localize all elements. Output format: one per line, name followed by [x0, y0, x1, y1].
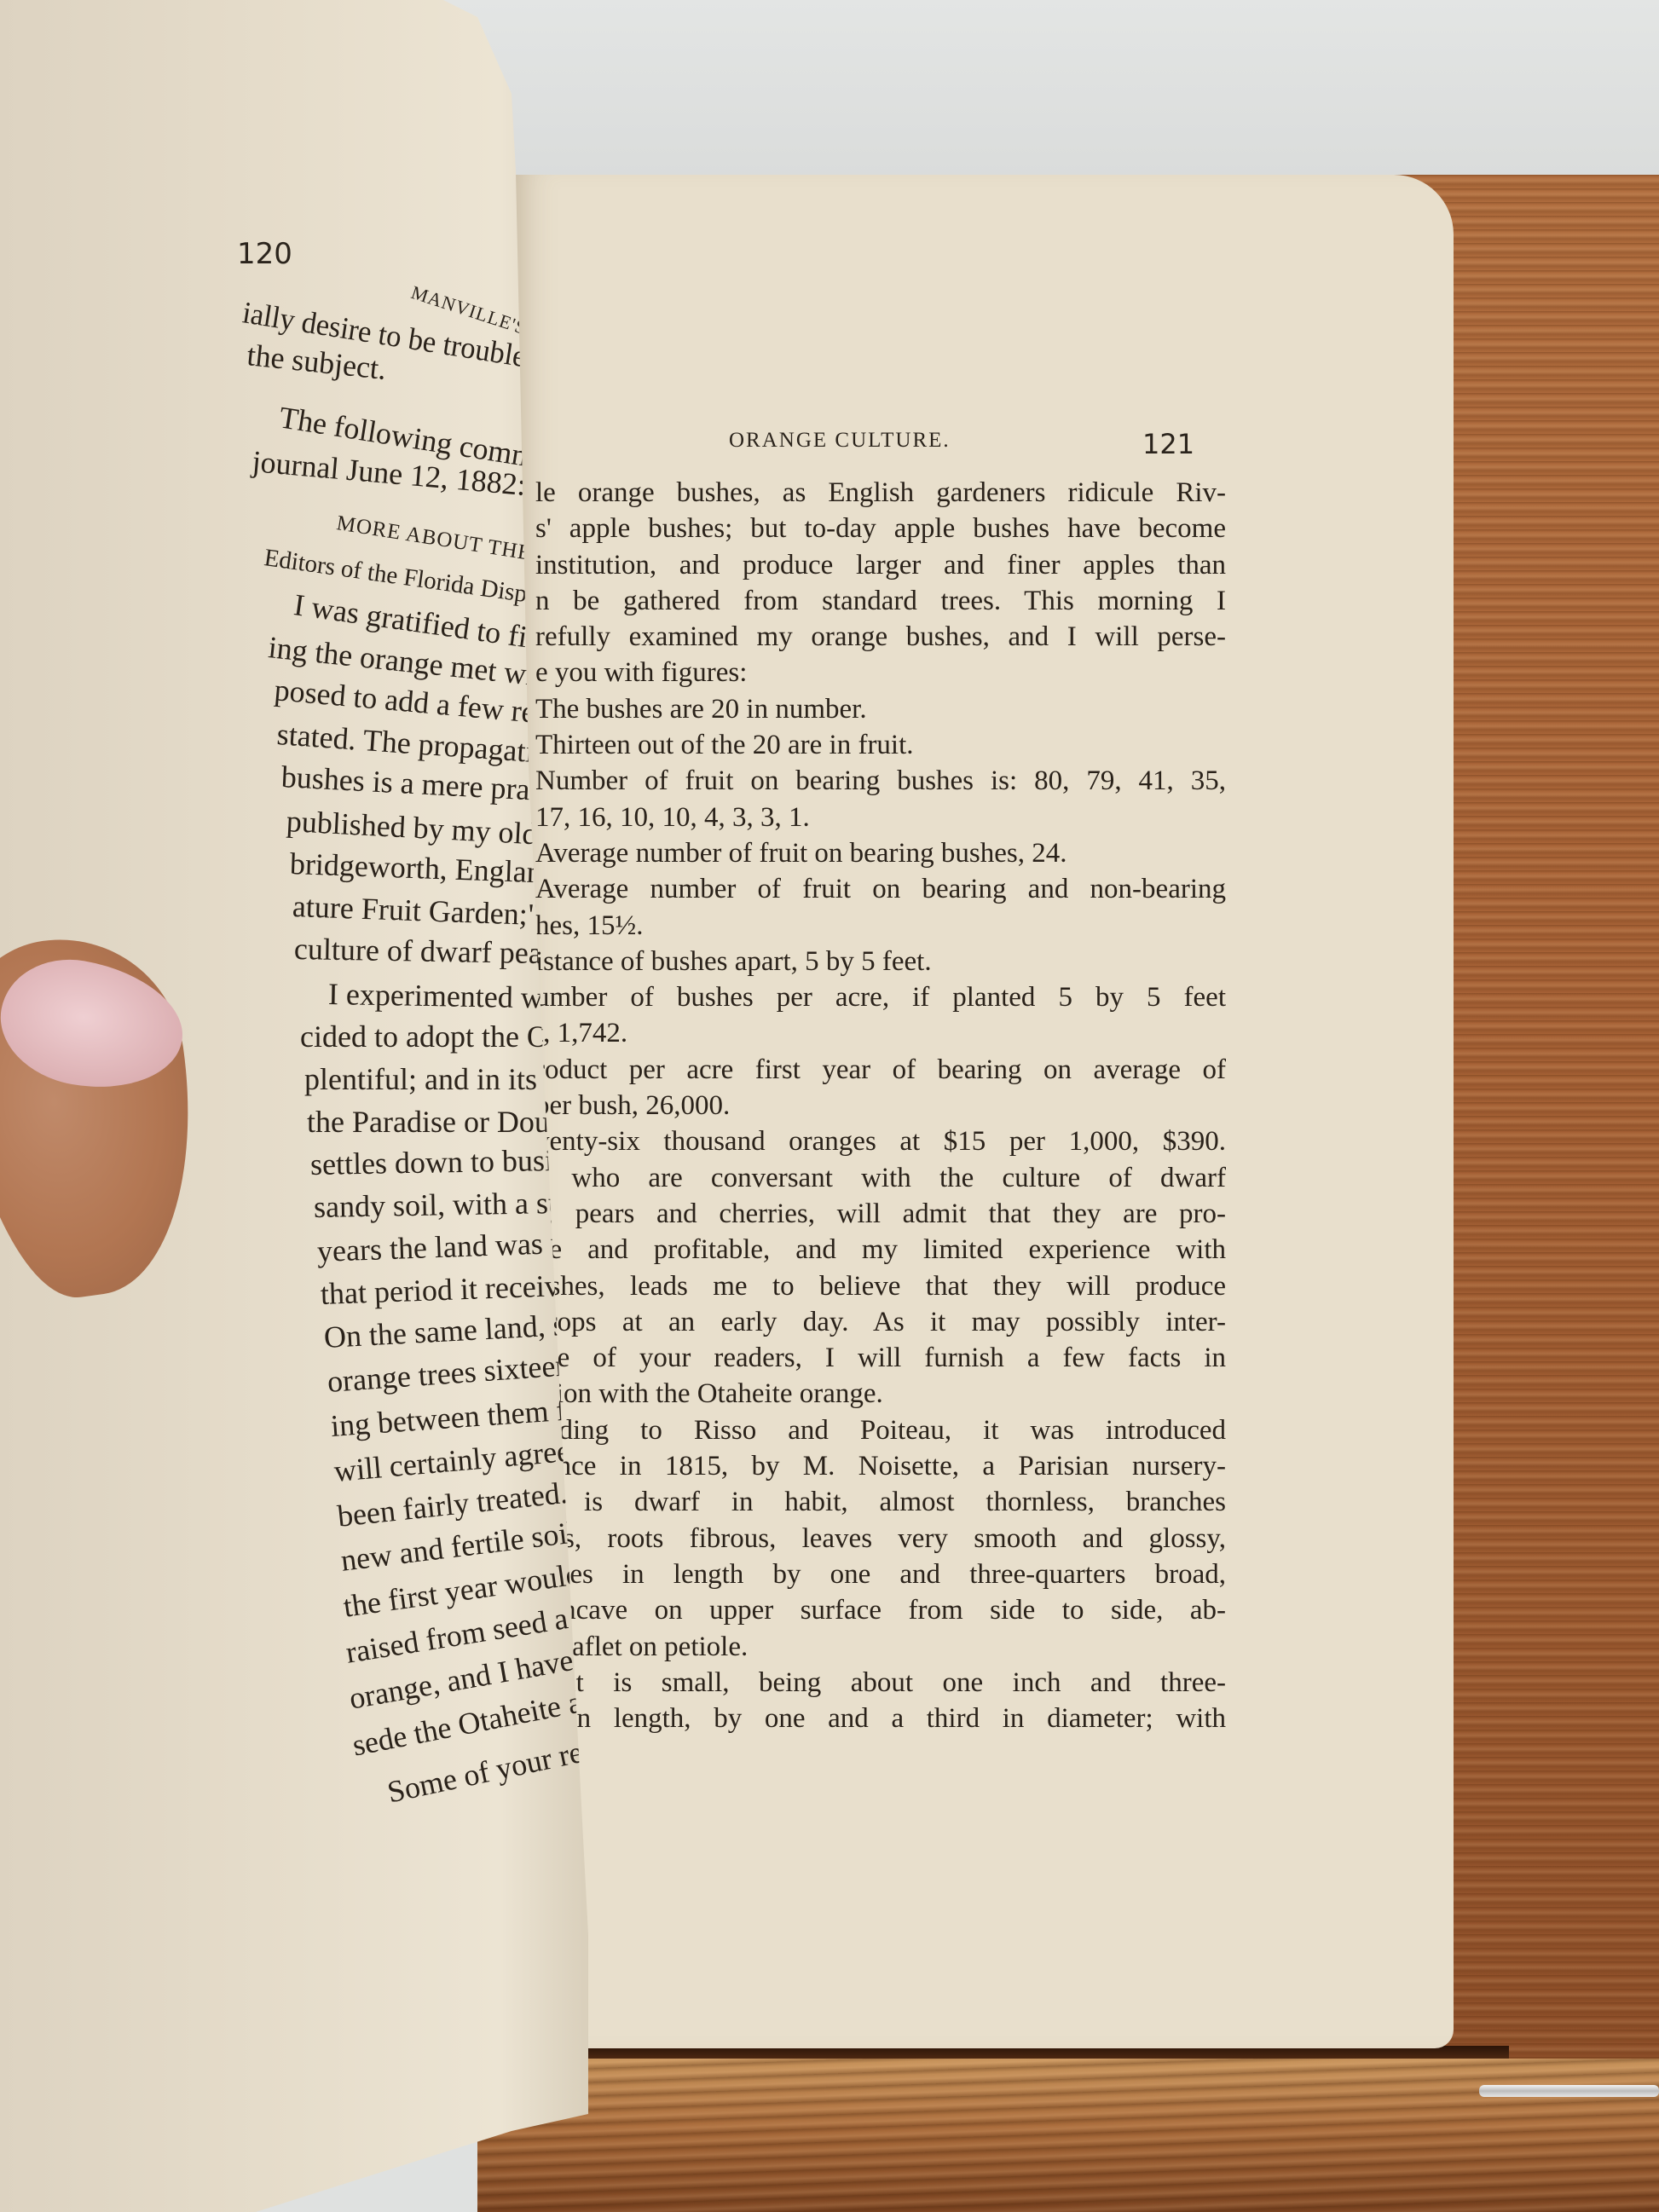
text-line: e you with figures: — [535, 655, 1226, 690]
right-page: ORANGE CULTURE. 121 le orange bushes, as… — [512, 175, 1454, 2048]
text-line: l who are conversant with the culture of… — [535, 1160, 1226, 1196]
text-line: istance of bushes apart, 5 by 5 feet. — [535, 944, 1226, 979]
text-line: refully examined my orange bushes, and I… — [535, 619, 1226, 655]
text-line: roduct per acre first year of bearing on… — [535, 1052, 1226, 1088]
text-line: Number of fruit on bearing bushes is: 80… — [535, 763, 1226, 799]
text-line: n be gathered from standard trees. This … — [535, 583, 1226, 619]
text-line: t, 1,742. — [535, 1015, 1226, 1051]
text-line: le orange bushes, as English gardeners r… — [535, 475, 1226, 511]
page-number: 120 — [237, 237, 292, 271]
text-line: crops at an early day. As it may possibl… — [535, 1304, 1226, 1340]
page-body: le orange bushes, as English gardeners r… — [535, 475, 1226, 1736]
text-line: ous, roots fibrous, leaves very smooth a… — [535, 1521, 1226, 1556]
text-line: Average number of fruit on bearing and n… — [535, 871, 1226, 907]
text-line: institution, and produce larger and fine… — [535, 547, 1226, 583]
running-title: ORANGE CULTURE. — [729, 429, 951, 453]
text-line: ction with the Otaheite orange. — [535, 1376, 1226, 1412]
text-line: It is dwarf in habit, almost thornless, … — [535, 1484, 1226, 1520]
text-line: venty-six thousand oranges at $15 per 1,… — [535, 1123, 1226, 1159]
text-line: s' apple bushes; but to-day apple bushes… — [535, 511, 1226, 546]
text-line: s in length, by one and a third in diame… — [535, 1701, 1226, 1736]
text-line: iches in length by one and three-quarter… — [535, 1556, 1226, 1592]
text-line: fruit is small, being about one inch and… — [535, 1665, 1226, 1701]
text-line: Thirteen out of the 20 are in fruit. — [535, 727, 1226, 763]
text-line: f leaflet on petiole. — [535, 1629, 1226, 1665]
text-line: s, pears and cherries, will admit that t… — [535, 1196, 1226, 1232]
metal-hinge — [1479, 2085, 1659, 2097]
wooden-box-front — [477, 2059, 1659, 2212]
text-line: Average number of fruit on bearing bushe… — [535, 835, 1226, 871]
text-line: 17, 16, 10, 10, 4, 3, 3, 1. — [535, 800, 1226, 835]
text-line: concave on upper surface from side to si… — [535, 1592, 1226, 1628]
text-line: me of your readers, I will furnish a few… — [535, 1340, 1226, 1376]
text-line: The bushes are 20 in number. — [535, 691, 1226, 727]
text-line: ording to Risso and Poiteau, it was intr… — [535, 1412, 1226, 1448]
text-line: umber of bushes per acre, if planted 5 b… — [535, 979, 1226, 1015]
page-number: 121 — [1142, 428, 1194, 460]
text-line: ushes, leads me to believe that they wil… — [535, 1268, 1226, 1304]
text-line: hes, 15½. — [535, 908, 1226, 944]
text-line: ve and profitable, and my limited experi… — [535, 1232, 1226, 1268]
text-line: rance in 1815, by M. Noisette, a Parisia… — [535, 1448, 1226, 1484]
text-line: per bush, 26,000. — [535, 1088, 1226, 1123]
